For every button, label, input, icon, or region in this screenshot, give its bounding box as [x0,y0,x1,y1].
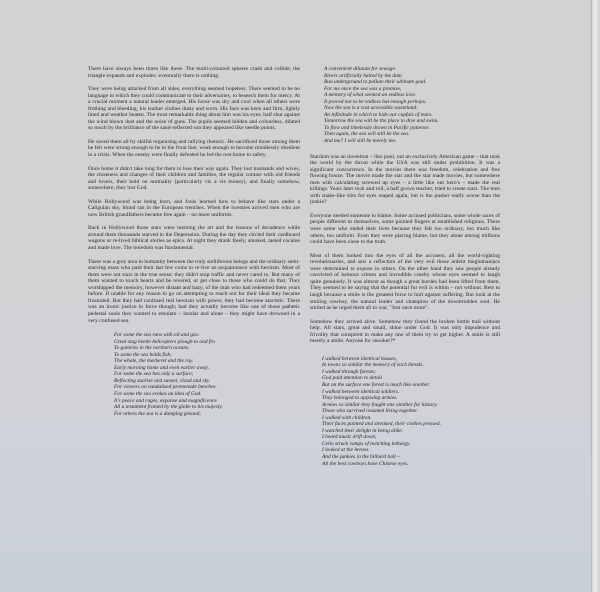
prose-paragraph: Most of them looked into the eyes of all… [310,253,500,312]
verse-line: For others the sea is a dumping ground; [114,411,300,418]
verse-line: And me? I will still be merely me. [324,138,500,145]
prose-paragraph: There was a grey area in humanity betwee… [88,259,300,324]
prose-paragraph: While Hollywood was being born, and fool… [88,199,300,219]
verse-walked: I walked between identical houses,In tow… [310,356,500,467]
prose-paragraph: Somehow they arrived alive. Somehow they… [310,319,500,345]
verse-sea: For some the sea runs with oil and gas:G… [88,332,300,417]
right-column: A convenient dilutant for sewage.Rivers … [310,66,500,476]
prose-paragraph: They were being attacked from all sides,… [88,86,300,132]
prose-paragraph: Stardom was an invention – like pool, no… [310,154,500,206]
prose-paragraph: He saved them all by skilful organising … [88,139,300,159]
prose-paragraph: There have always been times like these.… [88,66,300,79]
prose-paragraph: Once home it didn't take long for them t… [88,166,300,192]
verse-line: All the best cowboys have Chinese eyes. [322,461,500,468]
page-edge [591,0,600,592]
prose-paragraph: Back in Hollywood those stars were learn… [88,225,300,251]
left-column: There have always been times like these.… [88,66,300,426]
prose-paragraph: Everyone needed someone to blame. Some a… [310,213,500,246]
verse-sea-continued: A convenient dilutant for sewage.Rivers … [310,66,500,145]
